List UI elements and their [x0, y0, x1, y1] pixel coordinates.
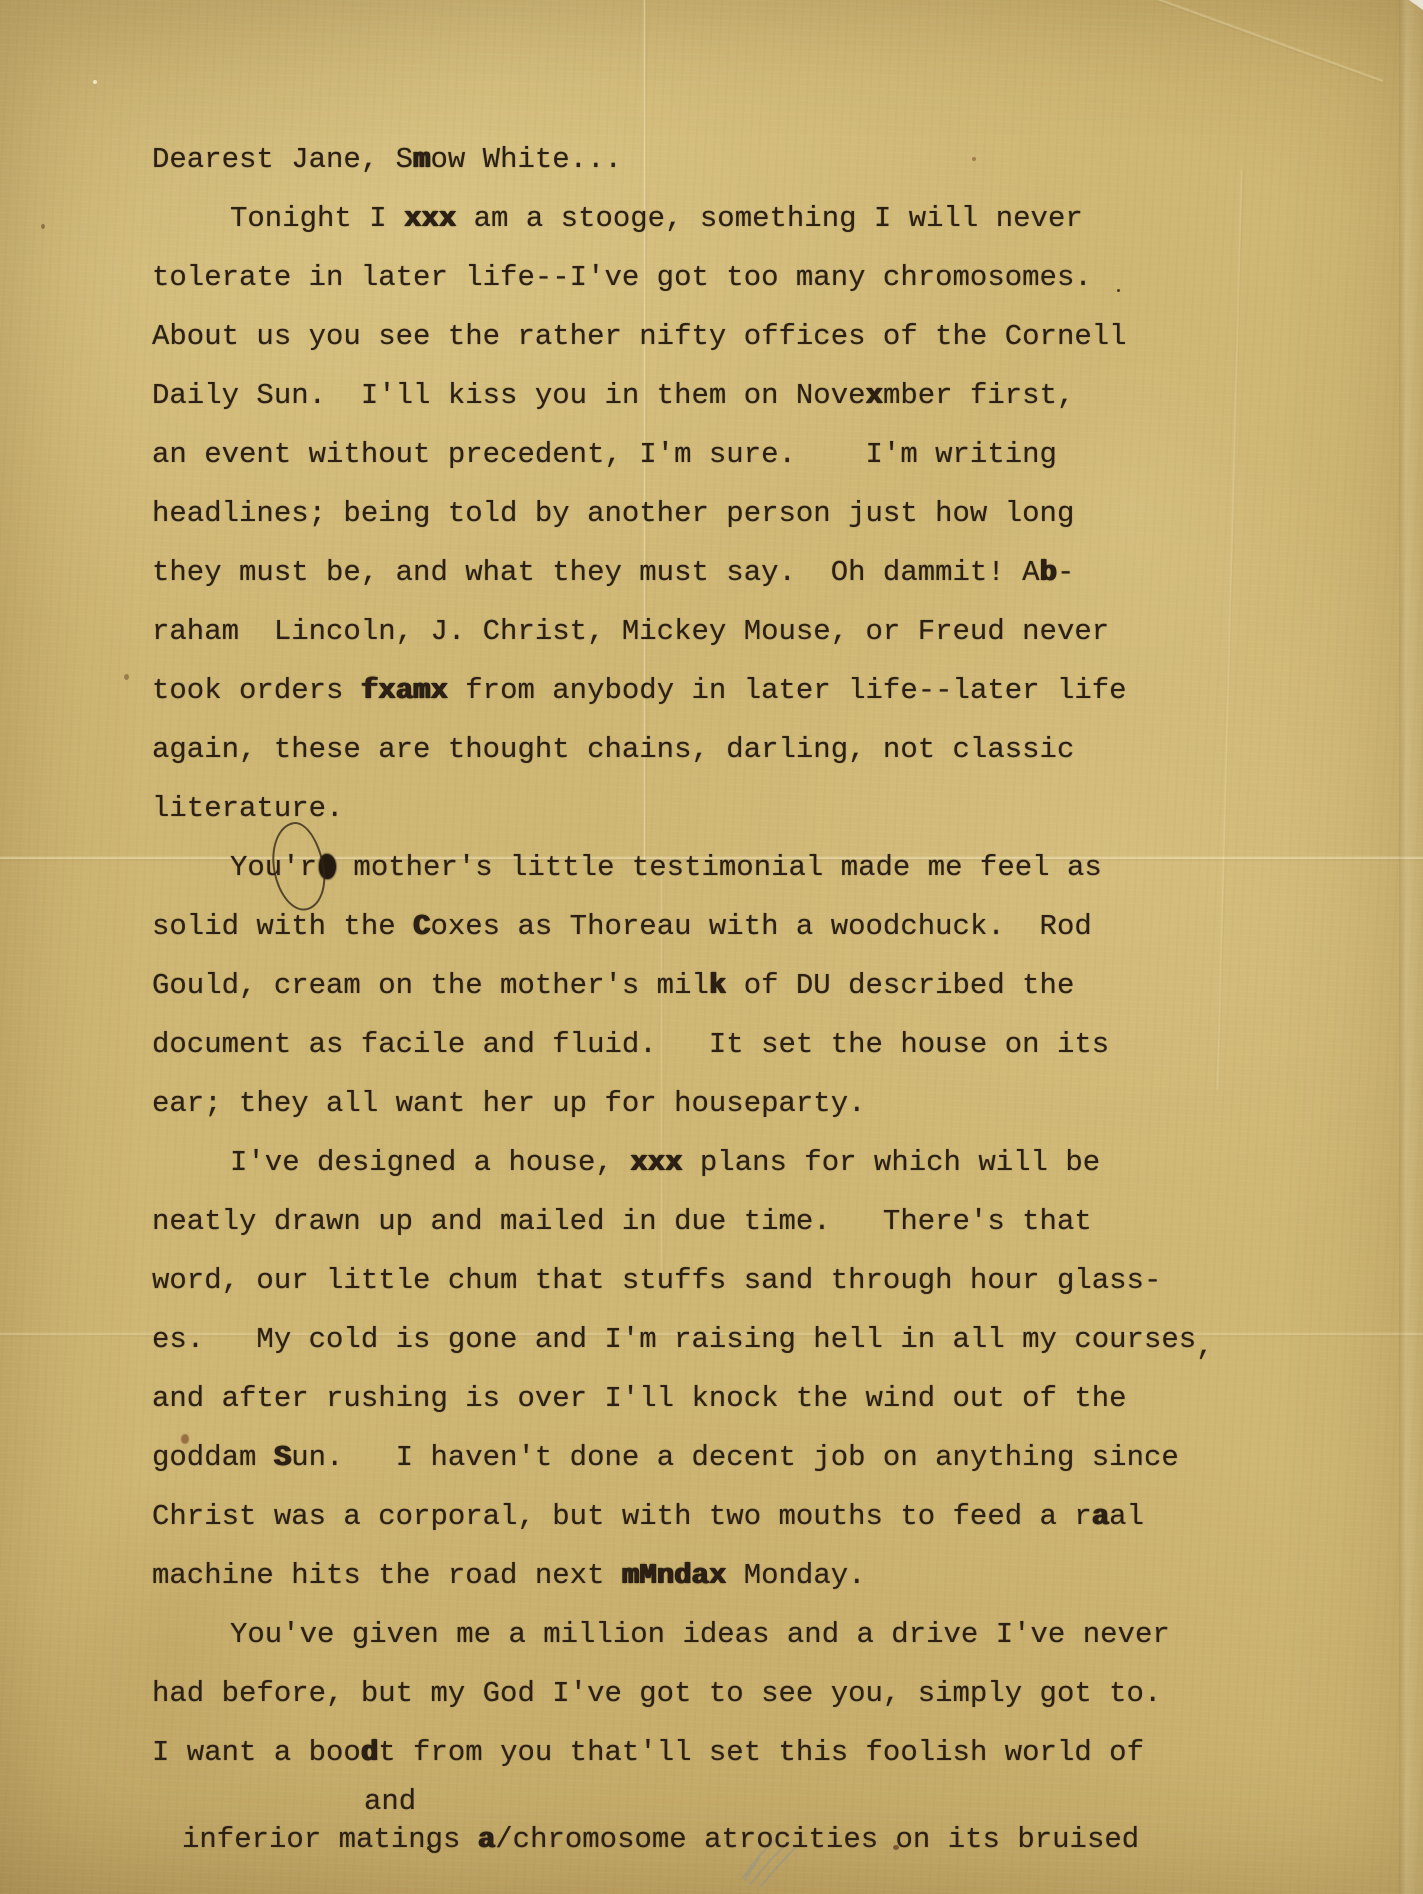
letter-text: Monday. [726, 1559, 865, 1592]
letter-line: Christ was a corporal, but with two mout… [152, 1487, 1372, 1546]
letter-text: headlines; being told by another person … [152, 497, 1074, 530]
letter-line: I've designed a house, xxx plans for whi… [152, 1133, 1372, 1192]
letter-text: goddam [152, 1441, 274, 1474]
paper-right-edge [1399, 0, 1423, 1894]
letter-text: Daily Sun. I'll kiss you in them on Nove [152, 379, 866, 412]
overstruck-text: C [413, 910, 430, 943]
letter-line: took orders fxamx from anybody in later … [152, 661, 1372, 720]
letter-line: document as facile and fluid. It set the… [152, 1015, 1372, 1074]
letter-line: machine hits the road next mMndax Monday… [152, 1546, 1372, 1605]
letter-text: I've designed a house, [230, 1146, 630, 1179]
letter-text: mother's little testimonial made me feel… [336, 851, 1102, 884]
letter-text: Christ was a corporal, but with two mout… [152, 1500, 1092, 1533]
letter-text: took orders [152, 674, 361, 707]
overstruck-text: a [1092, 1500, 1109, 1533]
letter-line: and after rushing is over I'll knock the… [152, 1369, 1372, 1428]
overstruck-text: m [413, 143, 430, 176]
letter-text: You [230, 851, 282, 884]
letter-line: Tonight I xxx am a stooge, something I w… [152, 189, 1372, 248]
letter-line: word, our little chum that stuffs sand t… [152, 1251, 1372, 1310]
letter-text: Tonight I [230, 202, 404, 235]
letter-line: neatly drawn up and mailed in due time. … [152, 1192, 1372, 1251]
letter-text: raham Lincoln, J. Christ, Mickey Mouse, … [152, 615, 1109, 648]
letter-text: machine hits the road next [152, 1559, 622, 1592]
overstruck-text: x [866, 379, 883, 412]
letter-text: About us you see the rather nifty office… [152, 320, 1127, 353]
letter-line: Dearest Jane, Smow White... [152, 130, 1372, 189]
letter-text: es. My cold is gone and I'm raising hell… [152, 1323, 1196, 1356]
letter-line: headlines; being told by another person … [152, 484, 1372, 543]
letter-text: neatly drawn up and mailed in due time. … [152, 1205, 1092, 1238]
letter-text: inferior matings [182, 1823, 478, 1856]
letter-line: tolerate in later life--I've got too man… [152, 248, 1372, 307]
letter-line: About us you see the rather nifty office… [152, 307, 1372, 366]
letter-text: am a stooge, something I will never [456, 202, 1083, 235]
letter-text: literature. [152, 792, 343, 825]
letter-text: You've given me a million ideas and a dr… [230, 1618, 1170, 1651]
letter-text: Gould, cream on the mother's mil [152, 969, 709, 1002]
letter-text: they must be, and what they must say. Oh… [152, 556, 1040, 589]
stain-speck [93, 80, 97, 84]
letter-line: You'r mother's little testimonial made m… [152, 838, 1372, 897]
scan-corner-sliver [1409, 0, 1423, 10]
letter-line: es. My cold is gone and I'm raising hell… [152, 1310, 1372, 1369]
letter-text: Dearest Jane, S [152, 143, 413, 176]
letter-text: document as facile and fluid. It set the… [152, 1028, 1109, 1061]
ink-blob [319, 854, 336, 879]
letter-text: ear; they all want her up for houseparty… [152, 1087, 866, 1120]
letter-text: of DU described the [726, 969, 1074, 1002]
overstruck-text: S [274, 1441, 291, 1474]
letter-line: Gould, cream on the mother's milk of DU … [152, 956, 1372, 1015]
letter-line: literature. [152, 779, 1372, 838]
letter-text: un. I haven't done a decent job on anyth… [291, 1441, 1179, 1474]
letter-text: oxes as Thoreau with a woodchuck. Rod [430, 910, 1091, 943]
lowered-comma: , [1196, 1330, 1213, 1363]
pen-circled-text: 'r [282, 838, 317, 897]
letter-line: goddam Sun. I haven't done a decent job … [152, 1428, 1372, 1487]
overstruck-text: fxamx [361, 674, 448, 707]
letter-line: Daily Sun. I'll kiss you in them on Nove… [152, 366, 1372, 425]
letter-text: had before, but my God I've got to see y… [152, 1677, 1161, 1710]
letter-line: an event without precedent, I'm sure. I'… [152, 425, 1372, 484]
letter-line: they must be, and what they must say. Oh… [152, 543, 1372, 602]
letter-page: Dearest Jane, Smow White...Tonight I xxx… [0, 0, 1423, 1894]
letter-text: solid with the [152, 910, 413, 943]
overstruck-text: b [1040, 556, 1057, 589]
letter-text: an event without precedent, I'm sure. I'… [152, 438, 1057, 471]
letter-text: I want a boo [152, 1736, 361, 1769]
letter-text: word, our little chum that stuffs sand t… [152, 1264, 1161, 1297]
letter-text: mber first, [883, 379, 1074, 412]
stain-speck [124, 674, 129, 680]
letter-text: al [1109, 1500, 1144, 1533]
letter-line: I want a boodt from you that'll set this… [152, 1723, 1372, 1782]
letter-text: again, these are thought chains, darling… [152, 733, 1074, 766]
letter-text: and after rushing is over I'll knock the… [152, 1382, 1127, 1415]
stain-speck [41, 224, 45, 229]
overstruck-text: xxx [630, 1146, 682, 1179]
letter-text: t from you that'll set this foolish worl… [378, 1736, 1144, 1769]
letter-text: plans for which will be [682, 1146, 1100, 1179]
overstruck-text: a [478, 1823, 495, 1856]
letter-text: /chromosome atrocities on its bruised [495, 1823, 1139, 1856]
overstruck-text: mMndax [622, 1559, 726, 1592]
letter-line: had before, but my God I've got to see y… [152, 1664, 1372, 1723]
letter-text: and [364, 1785, 416, 1818]
letter-line: solid with the Coxes as Thoreau with a w… [152, 897, 1372, 956]
letter-line: raham Lincoln, J. Christ, Mickey Mouse, … [152, 602, 1372, 661]
letter-body: Dearest Jane, Smow White...Tonight I xxx… [152, 130, 1372, 1858]
crease-line [1156, 0, 1383, 84]
letter-text: tolerate in later life--I've got too man… [152, 261, 1092, 294]
letter-text: ow White... [430, 143, 621, 176]
overstruck-text: xxx [404, 202, 456, 235]
letter-line: and [152, 1782, 1372, 1822]
letter-line: You've given me a million ideas and a dr… [152, 1605, 1372, 1664]
letter-line: again, these are thought chains, darling… [152, 720, 1372, 779]
letter-text: from anybody in later life--later life [448, 674, 1127, 707]
overstruck-text: d [361, 1736, 378, 1769]
letter-line: ear; they all want her up for houseparty… [152, 1074, 1372, 1133]
letter-text: - [1057, 556, 1074, 589]
overstruck-text: k [709, 969, 726, 1002]
letter-line: inferior matings a/chromosome atrocities… [152, 1822, 1372, 1858]
